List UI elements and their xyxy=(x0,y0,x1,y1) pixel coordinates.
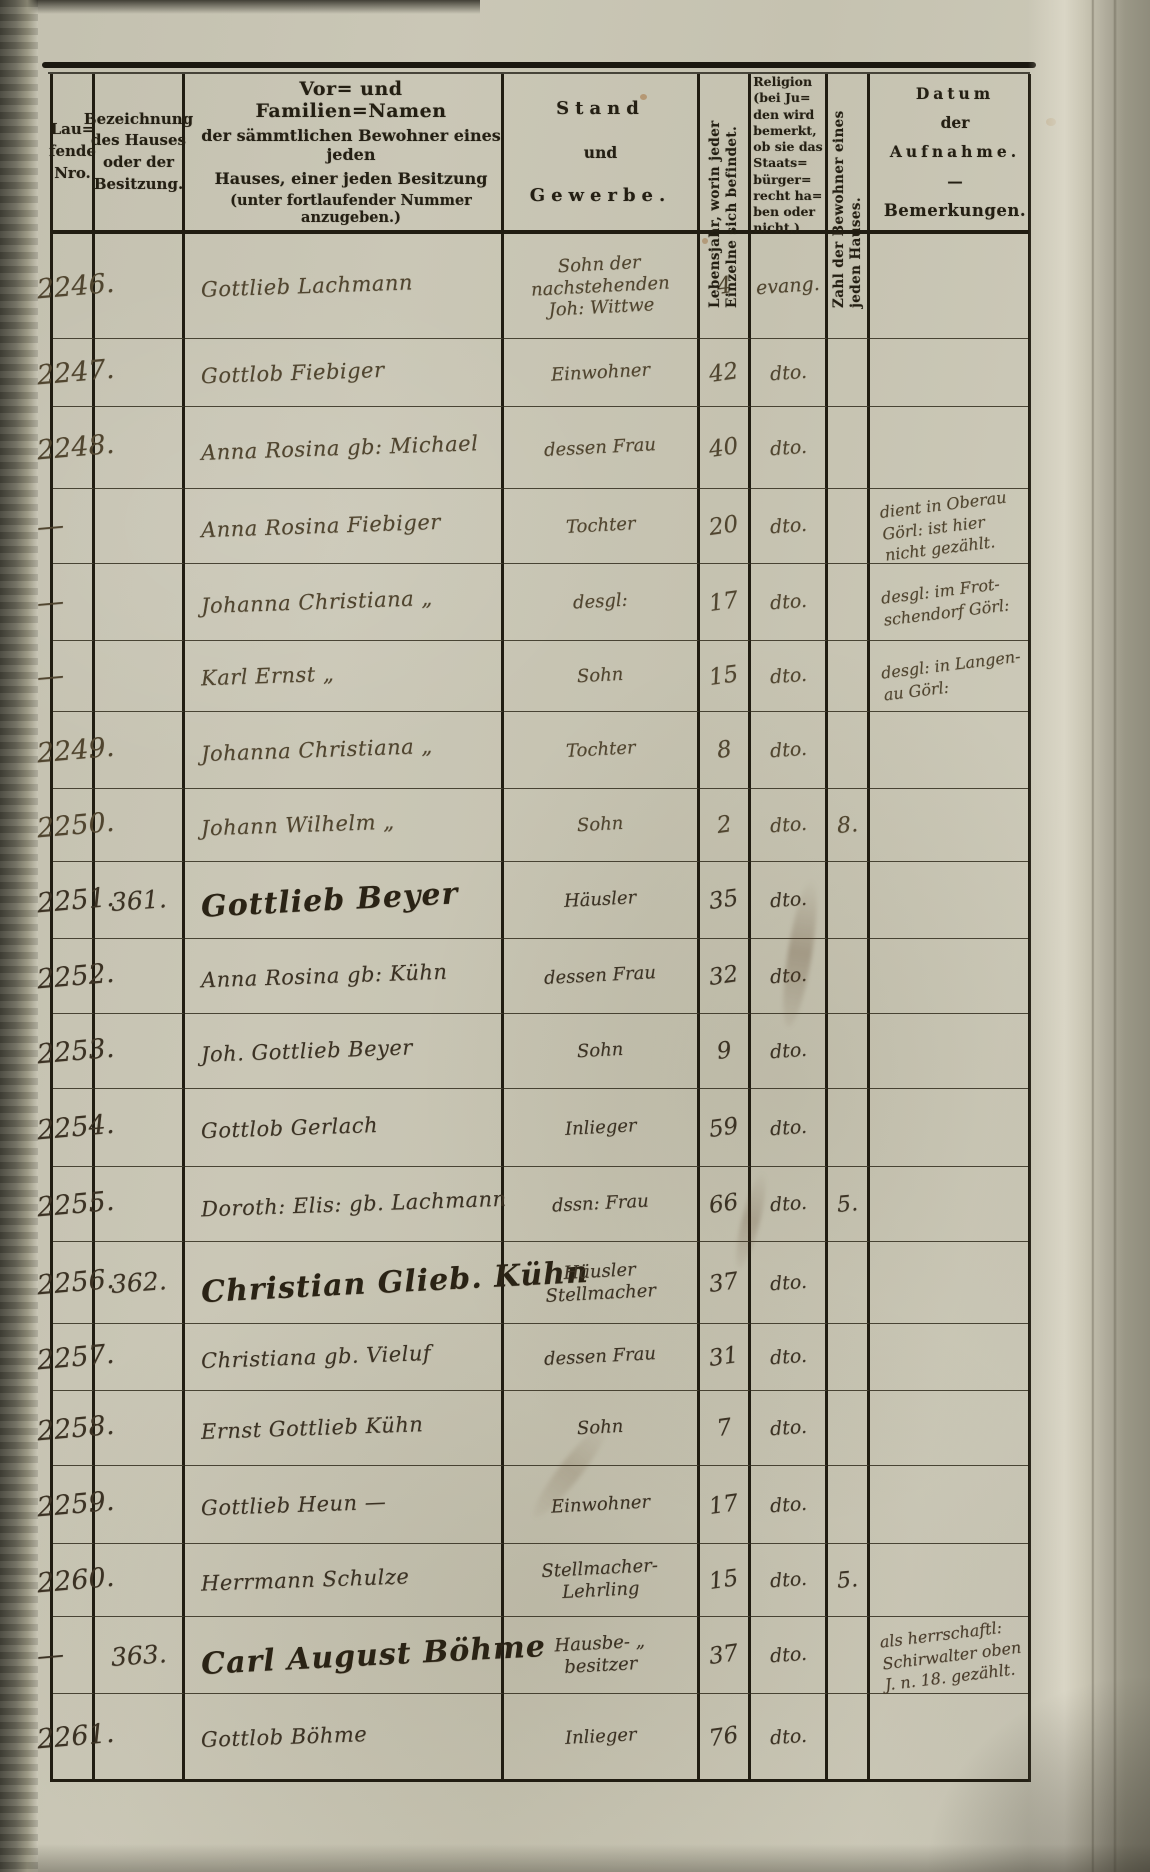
cell-count xyxy=(828,339,870,407)
age-value: 76 xyxy=(708,1722,741,1752)
cell-religion: dto. xyxy=(751,1391,828,1466)
religion-value: dto. xyxy=(769,1345,807,1370)
cell-remarks xyxy=(870,1167,1028,1242)
cell-number: — xyxy=(53,641,95,712)
table-row: 2260. Herrmann Schulze Stellmacher- Lehr… xyxy=(53,1544,1028,1617)
age-value: 32 xyxy=(708,961,741,991)
resident-name: Anna Rosina gb: Michael xyxy=(201,431,479,465)
age-value: 66 xyxy=(708,1189,741,1219)
cell-number: — xyxy=(53,564,95,641)
age-value: 35 xyxy=(708,885,741,915)
resident-name: Carl August Böhme xyxy=(200,1628,546,1681)
cell-count: 5. xyxy=(828,1167,870,1242)
occupation: Hausbe- „ besitzer xyxy=(554,1631,647,1679)
top-edge-shadow xyxy=(0,0,480,14)
entry-number: 2253. xyxy=(36,1032,116,1070)
resident-name: Gottlieb Lachmann xyxy=(201,270,414,301)
age-value: 42 xyxy=(708,358,741,388)
cell-name: Gottlieb Heun — xyxy=(185,1466,504,1544)
cell-remarks: dient in Oberau Görl: ist hier nicht gez… xyxy=(870,489,1028,564)
table-row: 2258. Ernst Gottlieb Kühn Sohn 7 dto. xyxy=(53,1391,1028,1466)
resident-name: Johanna Christiana „ xyxy=(201,586,433,618)
cell-religion: dto. xyxy=(751,641,828,712)
cell-occupation: Stellmacher- Lehrling xyxy=(504,1544,700,1617)
table-top-rule xyxy=(42,62,1036,68)
resident-name: Gottlob Fiebiger xyxy=(201,357,385,387)
cell-occupation: desgl: xyxy=(504,564,700,641)
religion-value: dto. xyxy=(769,1568,807,1593)
cell-count: 5. xyxy=(828,1544,870,1617)
cell-number: 2258. xyxy=(53,1391,95,1466)
cell-religion: dto. xyxy=(751,407,828,489)
house-number: 363. xyxy=(110,1639,168,1672)
cell-religion: dto. xyxy=(751,1324,828,1391)
religion-value: dto. xyxy=(769,435,807,460)
cell-age: 42 xyxy=(700,339,751,407)
cell-number: 2247. xyxy=(53,339,95,407)
cell-occupation: Sohn xyxy=(504,789,700,862)
cell-age: 15 xyxy=(700,1544,751,1617)
remark-note: desgl: im Frot- schendorf Görl: xyxy=(880,573,1011,631)
cell-age: 15 xyxy=(700,641,751,712)
resident-name: Ernst Gottlieb Kühn xyxy=(201,1412,424,1444)
cell-number: 2246. xyxy=(53,234,95,339)
datum-line5: Bemerkungen. xyxy=(884,201,1026,220)
cell-age: 20 xyxy=(700,489,751,564)
cell-house xyxy=(95,564,185,641)
cell-age: 40 xyxy=(700,407,751,489)
cell-occupation: Hausbe- „ besitzer xyxy=(504,1617,700,1694)
cell-name: Gottlob Gerlach xyxy=(185,1089,504,1167)
cell-religion: dto. xyxy=(751,712,828,789)
cell-age: 8 xyxy=(700,712,751,789)
cell-remarks: desgl: im Frot- schendorf Görl: xyxy=(870,564,1028,641)
cell-occupation: dessen Frau xyxy=(504,939,700,1014)
cell-occupation: Sohn xyxy=(504,1014,700,1089)
resident-name: Gottlob Gerlach xyxy=(201,1112,379,1142)
col-header-religion: Religion (bei Ju= den wird bemerkt, ob s… xyxy=(751,74,828,234)
entry-number: 2249. xyxy=(36,731,116,769)
cell-name: Gottlieb Beyer xyxy=(185,862,504,939)
religion-value: dto. xyxy=(769,590,807,615)
religion-value: dto. xyxy=(769,1192,807,1217)
cell-number: 2259. xyxy=(53,1466,95,1544)
corner-shadow xyxy=(910,1662,1150,1872)
cell-religion: dto. xyxy=(751,564,828,641)
col-header-stand: Stand und Gewerbe. xyxy=(504,74,700,234)
religion-value: dto. xyxy=(769,1270,807,1295)
occupation: dessen Frau xyxy=(544,434,657,461)
cell-name: Joh. Gottlieb Beyer xyxy=(185,1014,504,1089)
cell-name: Carl August Böhme xyxy=(185,1617,504,1694)
cell-number: 2254. xyxy=(53,1089,95,1167)
cell-house xyxy=(95,641,185,712)
house-number: 362. xyxy=(110,1266,168,1299)
cell-age: 31 xyxy=(700,1324,751,1391)
age-value: 20 xyxy=(708,511,741,541)
cell-name: Gottlob Böhme xyxy=(185,1694,504,1779)
cell-religion: dto. xyxy=(751,339,828,407)
cell-remarks: desgl: in Langen- au Görl: xyxy=(870,641,1028,712)
religion-value: dto. xyxy=(769,1115,807,1140)
cell-name: Anna Rosina gb: Michael xyxy=(185,407,504,489)
residents-count: 5. xyxy=(836,1567,859,1594)
table-row: 2250. Johann Wilhelm „ Sohn 2 dto. 8. xyxy=(53,789,1028,862)
occupation: Häusler xyxy=(564,887,637,912)
col-header-haus: Bezeichnung des Hauses oder der Besitzun… xyxy=(95,74,185,234)
cell-occupation: Häusler xyxy=(504,862,700,939)
resident-name: Johanna Christiana „ xyxy=(201,734,433,766)
cell-remarks xyxy=(870,789,1028,862)
cell-occupation: Inlieger xyxy=(504,1089,700,1167)
cell-number: 2260. xyxy=(53,1544,95,1617)
foxing-spot xyxy=(702,238,708,244)
cell-religion: dto. xyxy=(751,1089,828,1167)
occupation: dssn: Frau xyxy=(552,1191,650,1218)
remark-note: dient in Oberau Görl: ist hier nicht gez… xyxy=(879,486,1013,566)
cell-remarks xyxy=(870,339,1028,407)
cell-name: Karl Ernst „ xyxy=(185,641,504,712)
occupation: Sohn xyxy=(577,1039,624,1063)
cell-count xyxy=(828,939,870,1014)
cell-religion: dto. xyxy=(751,1466,828,1544)
zahl-vertical-label: Zahl der Bewohner eines jeden Hauses. xyxy=(831,80,865,308)
occupation: desgl: xyxy=(573,590,629,614)
cell-occupation: Sohn xyxy=(504,641,700,712)
occupation: Einwohner xyxy=(550,359,650,386)
cell-number: 2249. xyxy=(53,712,95,789)
religion-value: dto. xyxy=(769,664,807,689)
cell-count xyxy=(828,1242,870,1324)
cell-religion: dto. xyxy=(751,1242,828,1324)
cell-religion: evang. xyxy=(751,234,828,339)
resident-name: Gottlob Böhme xyxy=(201,1722,368,1752)
entry-number: 2246. xyxy=(36,267,116,305)
entry-number: — xyxy=(36,509,66,542)
cell-remarks xyxy=(870,1014,1028,1089)
occupation: Häusler Stellmacher xyxy=(544,1258,657,1307)
cell-number: 2255. xyxy=(53,1167,95,1242)
age-value: 37 xyxy=(708,1640,741,1670)
residents-count: 5. xyxy=(836,1191,859,1218)
religion-value: dto. xyxy=(769,1724,807,1749)
table-row: 2254. Gottlob Gerlach Inlieger 59 dto. xyxy=(53,1089,1028,1167)
religion-value: dto. xyxy=(769,813,807,838)
stand-line2: und xyxy=(584,143,617,162)
foxing-spot xyxy=(640,94,647,100)
namen-title: Vor= und Familien=Namen xyxy=(201,78,501,122)
religion-label: Religion (bei Ju= den wird bemerkt, ob s… xyxy=(753,74,822,237)
cell-name: Gottlieb Lachmann xyxy=(185,234,504,339)
cell-religion: dto. xyxy=(751,789,828,862)
age-value: 31 xyxy=(708,1342,741,1372)
namen-sub2: Hauses, einer jeden Besitzung xyxy=(215,169,488,188)
table-row: 2255. Doroth: Elis: gb. Lachmann dssn: F… xyxy=(53,1167,1028,1242)
cell-remarks xyxy=(870,1242,1028,1324)
census-table: Lau= fende Nro. Bezeichnung des Hauses o… xyxy=(50,74,1031,1782)
religion-value: evang. xyxy=(755,273,820,299)
cell-age: 17 xyxy=(700,1466,751,1544)
entry-number: 2260. xyxy=(36,1561,116,1599)
table-row: — Karl Ernst „ Sohn 15 dto. desgl: in La… xyxy=(53,641,1028,712)
table-row: 2248. Anna Rosina gb: Michael dessen Fra… xyxy=(53,407,1028,489)
age-value: 40 xyxy=(708,433,741,463)
table-row: — Johanna Christiana „ desgl: 17 dto. de… xyxy=(53,564,1028,641)
cell-number: 2256. xyxy=(53,1242,95,1324)
entry-number: — xyxy=(36,659,66,692)
age-value: 2 xyxy=(715,811,733,839)
cell-occupation: Einwohner xyxy=(504,339,700,407)
datum-line1: Datum xyxy=(916,84,994,103)
page-stack-edge xyxy=(1028,0,1150,1872)
religion-value: dto. xyxy=(769,1039,807,1064)
cell-count xyxy=(828,489,870,564)
age-value: 37 xyxy=(708,1268,741,1298)
occupation: dessen Frau xyxy=(544,962,657,989)
table-row: 2253. Joh. Gottlieb Beyer Sohn 9 dto. xyxy=(53,1014,1028,1089)
cell-religion: dto. xyxy=(751,1617,828,1694)
cell-remarks xyxy=(870,1466,1028,1544)
cell-name: Anna Rosina gb: Kühn xyxy=(185,939,504,1014)
age-value: 8 xyxy=(715,736,733,764)
cell-number: 2253. xyxy=(53,1014,95,1089)
cell-count xyxy=(828,1391,870,1466)
cell-count xyxy=(828,1089,870,1167)
cell-age: 2 xyxy=(700,789,751,862)
cell-number: 2261. xyxy=(53,1694,95,1779)
entry-number: 2255. xyxy=(36,1185,116,1223)
entry-number: 2251. xyxy=(36,881,116,919)
cell-house xyxy=(95,489,185,564)
cell-occupation: Tochter xyxy=(504,712,700,789)
cell-remarks xyxy=(870,939,1028,1014)
header-row: Lau= fende Nro. Bezeichnung des Hauses o… xyxy=(53,74,1028,234)
cell-occupation: Tochter xyxy=(504,489,700,564)
cell-count xyxy=(828,407,870,489)
cell-age: 7 xyxy=(700,1391,751,1466)
lebensjahr-vertical-label: Lebensjahr, worin jeder Einzelne sich be… xyxy=(707,80,741,308)
occupation: Sohn xyxy=(577,813,624,837)
cell-name: Christian Glieb. Kühn xyxy=(185,1242,504,1324)
cell-name: Anna Rosina Fiebiger xyxy=(185,489,504,564)
house-number: 361. xyxy=(110,884,168,917)
occupation: Einwohner xyxy=(550,1491,650,1518)
cell-remarks xyxy=(870,862,1028,939)
cell-count xyxy=(828,1617,870,1694)
cell-number: 2257. xyxy=(53,1324,95,1391)
age-value: 59 xyxy=(708,1113,741,1143)
datum-line3: Aufnahme. xyxy=(890,142,1020,161)
stand-line1: Stand xyxy=(556,98,645,119)
cell-name: Johann Wilhelm „ xyxy=(185,789,504,862)
table-row: 2251. 361. Gottlieb Beyer Häusler 35 dto… xyxy=(53,862,1028,939)
cell-religion: dto. xyxy=(751,1544,828,1617)
entry-number: 2252. xyxy=(36,957,116,995)
cell-remarks xyxy=(870,1324,1028,1391)
cell-remarks xyxy=(870,407,1028,489)
religion-value: dto. xyxy=(769,1643,807,1668)
resident-name: Herrmann Schulze xyxy=(201,1564,410,1595)
col-header-datum: Datum der Aufnahme. — Bemerkungen. xyxy=(870,74,1028,234)
resident-name: Gottlieb Heun — xyxy=(201,1489,387,1519)
table-row: 2246. Gottlieb Lachmann Sohn der nachste… xyxy=(53,234,1028,339)
resident-name: Anna Rosina Fiebiger xyxy=(201,510,442,542)
cell-count xyxy=(828,1694,870,1779)
cell-number: 2251. xyxy=(53,862,95,939)
cell-count xyxy=(828,564,870,641)
cell-occupation: Sohn der nachstehenden Joh: Wittwe xyxy=(504,234,700,339)
cell-count xyxy=(828,1014,870,1089)
cell-count xyxy=(828,1466,870,1544)
occupation: Sohn der nachstehenden Joh: Wittwe xyxy=(530,250,672,322)
stand-line3: Gewerbe. xyxy=(530,185,672,206)
cell-name: Gottlob Fiebiger xyxy=(185,339,504,407)
cell-count: 8. xyxy=(828,789,870,862)
datum-line2: der xyxy=(941,113,970,132)
cell-remarks xyxy=(870,234,1028,339)
cell-number: 2250. xyxy=(53,789,95,862)
col-header-lebensjahr: Lebensjahr, worin jeder Einzelne sich be… xyxy=(700,74,751,234)
cell-occupation: dessen Frau xyxy=(504,1324,700,1391)
col-header-zahl: Zahl der Bewohner eines jeden Hauses. xyxy=(828,74,870,234)
cell-number: — xyxy=(53,489,95,564)
scanned-register-page: Lau= fende Nro. Bezeichnung des Hauses o… xyxy=(0,0,1150,1872)
occupation: dessen Frau xyxy=(544,1343,657,1370)
table-row: 2249. Johanna Christiana „ Tochter 8 dto… xyxy=(53,712,1028,789)
cell-occupation: Häusler Stellmacher xyxy=(504,1242,700,1324)
resident-name: Gottlieb Beyer xyxy=(200,876,459,924)
cell-name: Johanna Christiana „ xyxy=(185,564,504,641)
cell-number: — xyxy=(53,1617,95,1694)
cell-number: 2248. xyxy=(53,407,95,489)
religion-value: dto. xyxy=(769,738,807,763)
table-top-rule-thin xyxy=(48,72,1030,74)
residents-count: 8. xyxy=(836,812,859,839)
col-header-namen: Vor= und Familien=Namen der sämmtlichen … xyxy=(185,74,504,234)
occupation: Tochter xyxy=(565,737,636,762)
cell-number: 2252. xyxy=(53,939,95,1014)
religion-value: dto. xyxy=(769,1416,807,1441)
religion-value: dto. xyxy=(769,360,807,385)
cell-occupation: dessen Frau xyxy=(504,407,700,489)
table-row: — 363. Carl August Böhme Hausbe- „ besit… xyxy=(53,1617,1028,1694)
cell-age: 9 xyxy=(700,1014,751,1089)
cell-count xyxy=(828,862,870,939)
age-value: 17 xyxy=(708,1490,741,1520)
cell-name: Christiana gb. Vieluf xyxy=(185,1324,504,1391)
cell-religion: dto. xyxy=(751,1694,828,1779)
cell-age: 17 xyxy=(700,564,751,641)
resident-name: Johann Wilhelm „ xyxy=(201,810,395,841)
cell-remarks xyxy=(870,712,1028,789)
occupation: Stellmacher- Lehrling xyxy=(541,1555,660,1604)
cell-occupation: Inlieger xyxy=(504,1694,700,1779)
resident-name: Karl Ernst „ xyxy=(201,662,335,691)
cell-age: 35 xyxy=(700,862,751,939)
namen-sub3: (unter fortlaufender Nummer anzugeben.) xyxy=(201,192,501,226)
resident-name: Christiana gb. Vieluf xyxy=(201,1341,432,1373)
table-row: 2261. Gottlob Böhme Inlieger 76 dto. xyxy=(53,1694,1028,1779)
cell-name: Doroth: Elis: gb. Lachmann xyxy=(185,1167,504,1242)
datum-dash: — xyxy=(947,172,963,191)
entry-number: 2250. xyxy=(36,806,116,844)
entry-number: — xyxy=(36,585,66,618)
table-row: 2252. Anna Rosina gb: Kühn dessen Frau 3… xyxy=(53,939,1028,1014)
occupation: Inlieger xyxy=(564,1724,637,1749)
religion-value: dto. xyxy=(769,514,807,539)
table-row: 2247. Gottlob Fiebiger Einwohner 42 dto. xyxy=(53,339,1028,407)
resident-name: Joh. Gottlieb Beyer xyxy=(201,1035,414,1066)
cell-age: 32 xyxy=(700,939,751,1014)
occupation: Inlieger xyxy=(564,1115,637,1140)
age-value: 17 xyxy=(708,587,741,617)
cell-house: 363. xyxy=(95,1617,185,1694)
cell-name: Johanna Christiana „ xyxy=(185,712,504,789)
cell-age: 59 xyxy=(700,1089,751,1167)
age-value: 9 xyxy=(715,1037,733,1065)
namen-sub1: der sämmtlichen Bewohner eines jeden xyxy=(201,126,501,164)
entry-number: 2258. xyxy=(36,1409,116,1447)
cell-occupation: Einwohner xyxy=(504,1466,700,1544)
cell-age: 37 xyxy=(700,1617,751,1694)
table-row: 2257. Christiana gb. Vieluf dessen Frau … xyxy=(53,1324,1028,1391)
col-header-haus-label: Bezeichnung des Hauses oder der Besitzun… xyxy=(84,109,193,196)
cell-remarks xyxy=(870,1544,1028,1617)
religion-value: dto. xyxy=(769,1492,807,1517)
cell-count xyxy=(828,712,870,789)
cell-remarks xyxy=(870,1089,1028,1167)
age-value: 7 xyxy=(715,1414,733,1442)
cell-age: 76 xyxy=(700,1694,751,1779)
table-row: — Anna Rosina Fiebiger Tochter 20 dto. d… xyxy=(53,489,1028,564)
cell-name: Ernst Gottlieb Kühn xyxy=(185,1391,504,1466)
table-row: 2256. 362. Christian Glieb. Kühn Häusler… xyxy=(53,1242,1028,1324)
entry-number: — xyxy=(36,1638,66,1671)
cell-count xyxy=(828,1324,870,1391)
remark-note: desgl: in Langen- au Görl: xyxy=(880,646,1024,706)
occupation: Tochter xyxy=(565,513,636,538)
cell-count xyxy=(828,641,870,712)
occupation: Sohn xyxy=(577,664,624,688)
binding-edge xyxy=(0,0,38,1872)
cell-occupation: dssn: Frau xyxy=(504,1167,700,1242)
resident-name: Doroth: Elis: gb. Lachmann xyxy=(201,1187,507,1222)
cell-remarks xyxy=(870,1391,1028,1466)
cell-religion: dto. xyxy=(751,489,828,564)
entry-number: 2257. xyxy=(36,1338,116,1376)
age-value: 15 xyxy=(708,1565,741,1595)
age-value: 15 xyxy=(708,661,741,691)
cell-name: Herrmann Schulze xyxy=(185,1544,504,1617)
resident-name: Anna Rosina gb: Kühn xyxy=(201,960,448,993)
